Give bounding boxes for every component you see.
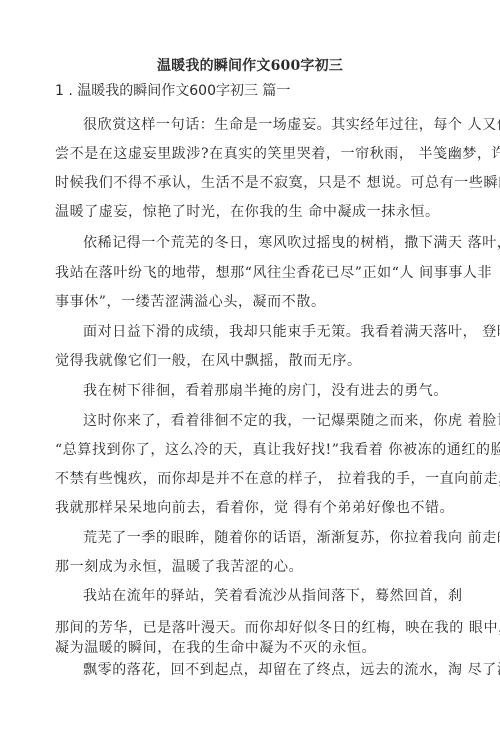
text-line: 尝不是在这虚妄里跋涉?在真实的笑里哭着，一帘秋雨， 半笺幽梦，许多 [55,143,447,163]
text-line: 温暖了虚妄，惊艳了时光，在你我的生 命中凝成一抹永恒。 [55,201,447,221]
text-line: 那间的芳华，已是落叶漫天。而你却好似冬日的红梅，映在我的 眼中， [55,617,447,637]
text-line: 面对日益下滑的成绩，我却只能束手无策。我看着满天落叶， 登时 [83,321,447,341]
text-line: 我就那样呆呆地向前去，看着你，觉 得有个弟弟好像也不错。 [55,497,447,517]
text-line: 那一刻成为永恒，温暖了我苦涩的心。 [55,556,447,576]
text-line: 觉得我就像它们一般，在风中飘摇，散而无序。 [55,350,447,370]
text-line: 我站在落叶纷飞的地带，想那“风往尘香花已尽”正如“人 间事事人非 [55,262,447,282]
text-line: 飘零的落花，回不到起点，却留在了终点，远去的流水，淘 尽了浪 [83,659,447,679]
text-line: 时候我们不得不承认，生活不是不寂寞，只是不 想说。可总有一些瞬间， [55,172,447,192]
section-heading: 1 . 温暖我的瞬间作文600字初三 篇一 [55,80,290,100]
document-title: 温暖我的瞬间作文600字初三 [0,55,500,75]
text-line: 依稀记得一个荒芜的冬日，寒风吹过摇曳的树梢，撒下满天 落叶， [83,232,447,252]
text-line: 荒芜了一季的眼眸，随着你的话语，渐渐复苏，你拉着我向 前走的 [83,527,447,547]
text-line: 我在树下徘徊，看着那扇半掩的房门，没有进去的勇气。 [83,380,447,400]
text-line: “总算找到你了，这么冷的天，真让我好找!”我看着 你被冻的通红的脸， [55,439,447,459]
text-line: 不禁有些愧疚，而你却是并不在意的样子， 拉着我的手，一直向前走， [55,468,447,488]
text-line: 这时你来了，看着徘徊不定的我，一记爆栗随之而来，你虎 着脸说： [83,410,447,430]
text-line: 事事休”，一缕苦涩满溢心头，凝而不散。 [55,291,447,311]
text-line: 凝为温暖的瞬间，在我的生命中凝为不灭的永恒。 [55,637,447,657]
text-line: 我站在流年的驿站，笑着看流沙从指间落下，蓦然回首，刹 [83,585,447,605]
text-line: 很欣赏这样一句话：生命是一场虚妄。其实经年过往，每个 人又何 [83,114,447,134]
